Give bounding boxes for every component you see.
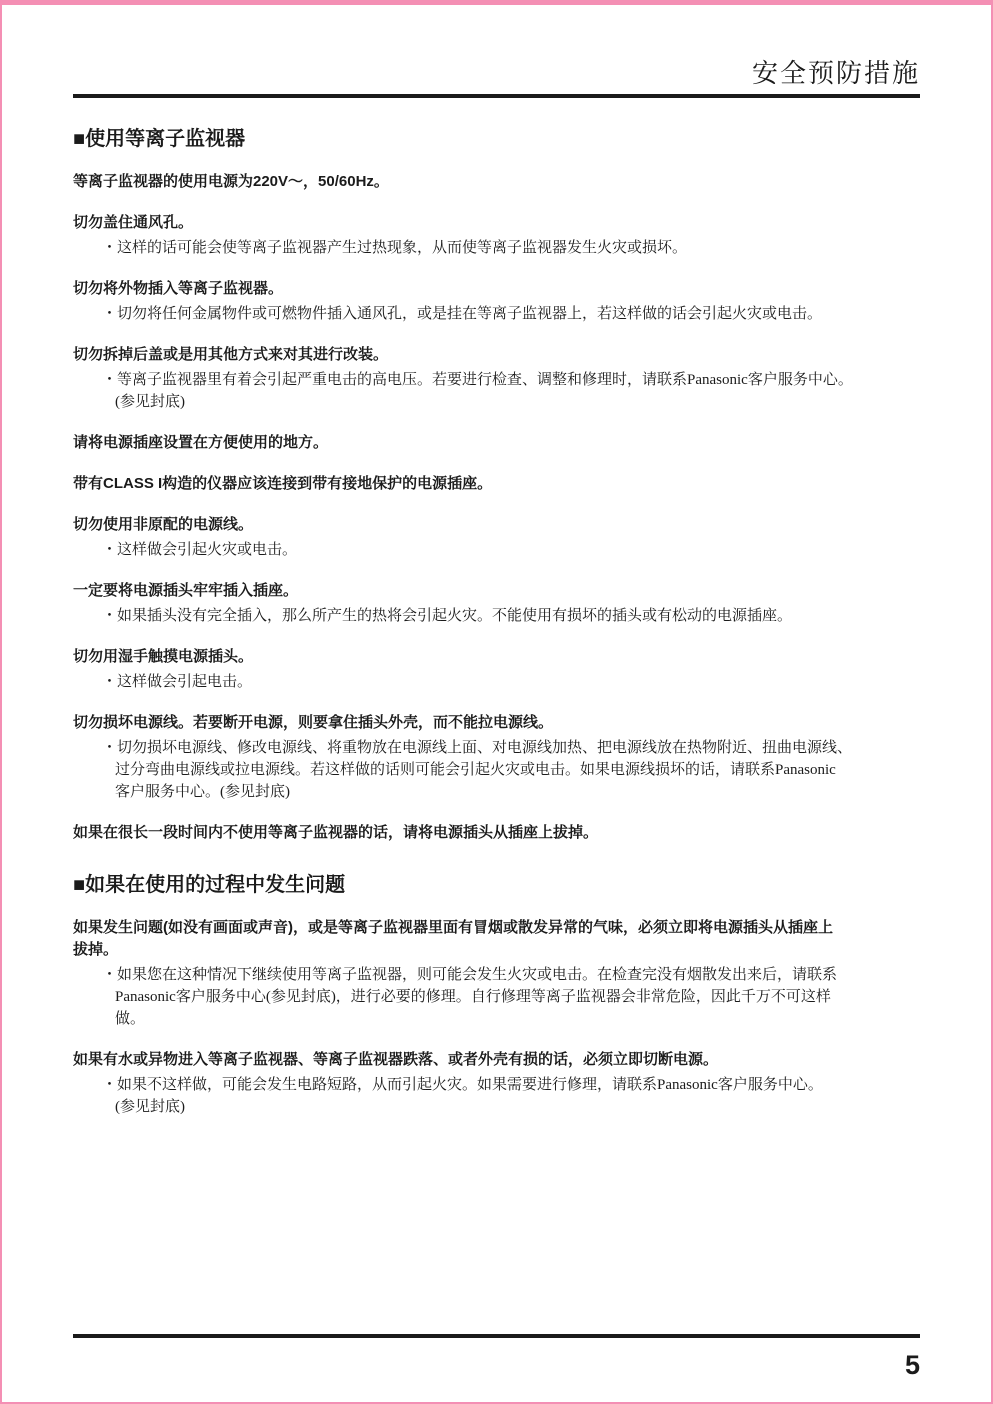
page-number: 5 — [905, 1350, 920, 1380]
safety-item: 切勿损坏电源线。若要断开电源，则要拿住插头外壳，而不能拉电源线。 ・切勿损坏电源… — [73, 712, 920, 803]
bullet-note: ・如果插头没有完全插入，那么所产生的热将会引起火灾。不能使用有损坏的插头或有松动… — [73, 605, 920, 627]
safety-item: 一定要将电源插头牢牢插入插座。 ・如果插头没有完全插入，那么所产生的热将会引起火… — [73, 580, 920, 627]
bullet-note: ・等离子监视器里有着会引起严重电击的高电压。若要进行检查、调整和修理时，请联系P… — [73, 369, 920, 413]
manual-page: 安全预防措施 ■使用等离子监视器 等离子监视器的使用电源为220V～，50/60… — [0, 0, 993, 1404]
bullet-note: ・这样做会引起火灾或电击。 — [73, 539, 920, 561]
safety-item: 等离子监视器的使用电源为220V～，50/60Hz。 — [73, 171, 920, 193]
safety-item: 切勿用湿手触摸电源插头。 ・这样做会引起电击。 — [73, 646, 920, 693]
bullet-note: ・切勿将任何金属物件或可燃物件插入通风孔，或是挂在等离子监视器上，若这样做的话会… — [73, 303, 920, 325]
safety-item: 请将电源插座设置在方便使用的地方。 — [73, 432, 920, 454]
statement: 切勿用湿手触摸电源插头。 — [73, 646, 920, 668]
footer-rule — [73, 1334, 920, 1338]
section-problems-during-use: ■如果在使用的过程中发生问题 如果发生问题(如没有画面或声音)，或是等离子监视器… — [73, 872, 920, 1118]
header-rule — [73, 94, 920, 98]
bullet-note: ・切勿损坏电源线、修改电源线、将重物放在电源线上面、对电源线加热、把电源线放在热… — [73, 737, 920, 803]
bullet-note: ・如果不这样做，可能会发生电路短路，从而引起火灾。如果需要进行修理，请联系Pan… — [73, 1074, 920, 1118]
safety-item: 切勿将外物插入等离子监视器。 ・切勿将任何金属物件或可燃物件插入通风孔，或是挂在… — [73, 278, 920, 325]
statement: 如果发生问题(如没有画面或声音)，或是等离子监视器里面有冒烟或散发异常的气味，必… — [73, 917, 920, 961]
bullet-note: ・这样做会引起电击。 — [73, 671, 920, 693]
page-title: 安全预防措施 — [73, 5, 920, 89]
statement: 切勿盖住通风孔。 — [73, 212, 920, 234]
statement: 切勿使用非原配的电源线。 — [73, 514, 920, 536]
statement: 切勿拆掉后盖或是用其他方式来对其进行改装。 — [73, 344, 920, 366]
section-heading: ■使用等离子监视器 — [73, 126, 920, 152]
statement: 一定要将电源插头牢牢插入插座。 — [73, 580, 920, 602]
statement: 带有CLASS I构造的仪器应该连接到带有接地保护的电源插座。 — [73, 473, 920, 495]
section-using-plasma-monitor: ■使用等离子监视器 等离子监视器的使用电源为220V～，50/60Hz。 切勿盖… — [73, 126, 920, 844]
safety-item: 切勿使用非原配的电源线。 ・这样做会引起火灾或电击。 — [73, 514, 920, 561]
statement: 如果在很长一段时间内不使用等离子监视器的话，请将电源插头从插座上拔掉。 — [73, 822, 920, 844]
safety-item: 如果有水或异物进入等离子监视器、等离子监视器跌落、或者外壳有损的话，必须立即切断… — [73, 1049, 920, 1118]
statement: 切勿损坏电源线。若要断开电源，则要拿住插头外壳，而不能拉电源线。 — [73, 712, 920, 734]
safety-item: 切勿拆掉后盖或是用其他方式来对其进行改装。 ・等离子监视器里有着会引起严重电击的… — [73, 344, 920, 413]
safety-item: 带有CLASS I构造的仪器应该连接到带有接地保护的电源插座。 — [73, 473, 920, 495]
safety-item: 切勿盖住通风孔。 ・这样的话可能会使等离子监视器产生过热现象，从而使等离子监视器… — [73, 212, 920, 259]
safety-item: 如果在很长一段时间内不使用等离子监视器的话，请将电源插头从插座上拔掉。 — [73, 822, 920, 844]
safety-item: 如果发生问题(如没有画面或声音)，或是等离子监视器里面有冒烟或散发异常的气味，必… — [73, 917, 920, 1030]
statement: 请将电源插座设置在方便使用的地方。 — [73, 432, 920, 454]
section-heading: ■如果在使用的过程中发生问题 — [73, 872, 920, 898]
statement: 如果有水或异物进入等离子监视器、等离子监视器跌落、或者外壳有损的话，必须立即切断… — [73, 1049, 920, 1071]
bullet-note: ・如果您在这种情况下继续使用等离子监视器，则可能会发生火灾或电击。在检查完没有烟… — [73, 964, 920, 1030]
page-content: 安全预防措施 ■使用等离子监视器 等离子监视器的使用电源为220V～，50/60… — [2, 5, 991, 1118]
statement: 切勿将外物插入等离子监视器。 — [73, 278, 920, 300]
bullet-note: ・这样的话可能会使等离子监视器产生过热现象，从而使等离子监视器发生火灾或损坏。 — [73, 237, 920, 259]
statement: 等离子监视器的使用电源为220V～，50/60Hz。 — [73, 171, 920, 193]
